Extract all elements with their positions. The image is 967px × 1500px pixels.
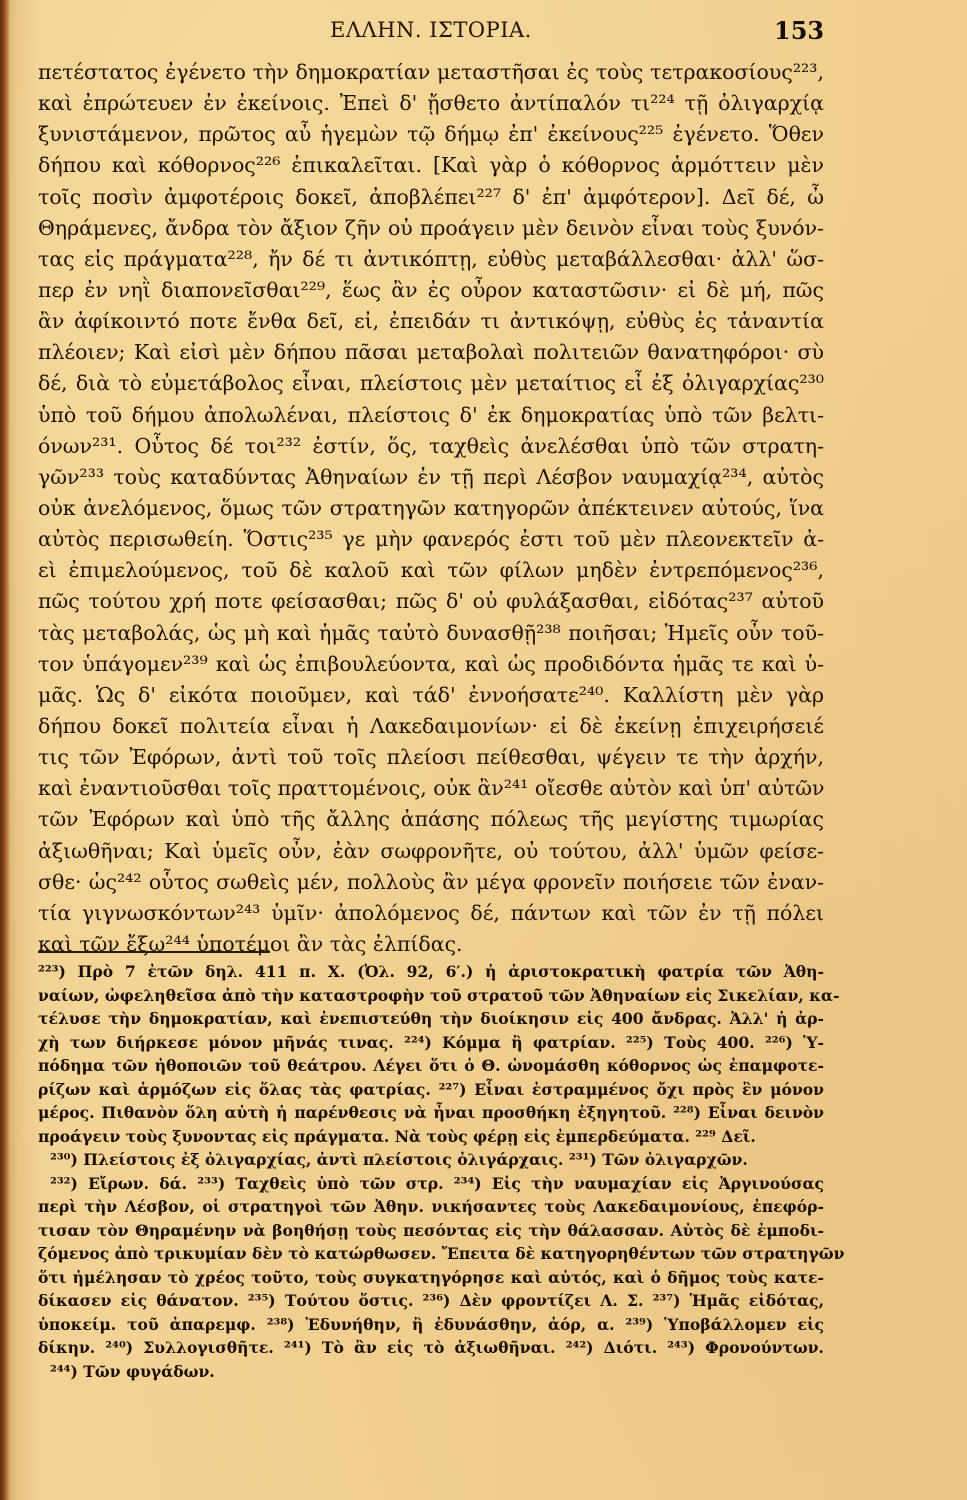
text-line: ξυνιστάμενον, πρῶτος αὖ ἡγεμὼν τῷ δήμῳ ἐ… (38, 119, 824, 150)
footnote-line: περὶ τὴν Λέσβον, οἱ στρατηγοὶ τῶν Ἀθην. … (38, 1195, 824, 1219)
footnote-line: πόδημα τῶν ἠθοποιῶν τοῦ θεάτρου. Λέγει ὅ… (38, 1054, 824, 1078)
text-line: αὐτὸς περισωθείη. Ὅστις²³⁵ γε μὴν φανερό… (38, 524, 824, 555)
text-line: εὶ ἐπιμελούμενος, τοῦ δὲ καλοῦ καὶ τῶν φ… (38, 555, 824, 586)
text-line: δήπου καὶ κόθορνος²²⁶ ἐπικαλεῖται. [Καὶ … (38, 150, 824, 181)
footnote-line: ὑποκείμ. τοῦ ἀπαρεμφ. ²³⁸) Ἐδυνήθην, ἢ ἐ… (38, 1313, 824, 1337)
main-text: πετέστατος ἐγένετο τὴν δημοκρατίαν μετασ… (38, 57, 824, 960)
footnote-separator (38, 951, 270, 953)
footnote-line: ζόμενος ἀπὸ τρικυμίαν δὲν τὸ κατώρθωσεν.… (38, 1242, 824, 1266)
text-line: οὐκ ἀνελόμενος, ὅμως τῶν στρατηγῶν κατηγ… (38, 493, 824, 524)
text-line: ἂν ἀφίκοιντό ποτε ἔνθα δεῖ, εἰ, ἐπειδάν … (38, 306, 824, 337)
text-line: ὑπὸ τοῦ δήμου ἀπολωλέναι, πλείστοις δ' ἐ… (38, 400, 824, 431)
running-head: ΕΛΛΗΝ. ΙΣΤΟΡΙΑ. (330, 18, 532, 42)
footnote-line: ναίων, ὠφεληθεῖσα ἀπὸ τὴν καταστροφὴν το… (38, 984, 824, 1008)
text-line: όνων²³¹. Οὗτος δέ τοι²³² ἐστίν, ὅς, ταχθ… (38, 431, 824, 462)
footnote-line: τέλυσε τὴν δημοκρατίαν, καὶ ἐνεπιστεύθη … (38, 1007, 824, 1031)
footnote-line: ρίζων καὶ ἁρμόζων εἰς ὅλας τὰς φατρίας. … (38, 1078, 824, 1102)
text-line: τὰς μεταβολάς, ὡς μὴ καὶ ἡμᾶς ταὐτὸ δυνα… (38, 618, 824, 649)
text-line: τία γιγνωσκόντων²⁴³ ὑμῖν· ἀπολόμενος δέ,… (38, 898, 824, 929)
text-line: γῶν²³³ τοὺς καταδύντας Ἀθηναίων ἐν τῇ πε… (38, 462, 824, 493)
page-number: 153 (774, 16, 824, 45)
text-line: Θηράμενες, ἄνδρα τὸν ἄξιον ζῆν οὐ προάγε… (38, 213, 824, 244)
text-line: τις τῶν Ἐφόρων, ἀντὶ τοῦ τοῖς πλείοσι πε… (38, 742, 824, 773)
footnote-line: ²²³) Πρὸ 7 ἐτῶν δηλ. 411 π. Χ. (Ὀλ. 92, … (38, 960, 824, 984)
footnote-line: δίκην. ²⁴⁰) Συλλογισθῆτε. ²⁴¹) Τὸ ἂν εἰς… (38, 1336, 824, 1360)
footnotes: ²²³) Πρὸ 7 ἐτῶν δηλ. 411 π. Χ. (Ὀλ. 92, … (38, 960, 824, 1383)
text-line: δήπου δοκεῖ πολιτεία εἶναι ἡ Λακεδαιμονί… (38, 711, 824, 742)
book-page: ΕΛΛΗΝ. ΙΣΤΟΡΙΑ. 153 πετέστατος ἐγένετο τ… (0, 0, 967, 1500)
text-line: ἀξιωθῆναι; Καὶ ὑμεῖς οὖν, ἐὰν σωφρονῆτε,… (38, 836, 824, 867)
text-line: πλέοιεν; Καὶ εἰσὶ μὲν δήπου πᾶσαι μεταβο… (38, 337, 824, 368)
footnote-line: δίκασεν εἰς θάνατον. ²³⁵) Τούτου ὅστις. … (38, 1289, 824, 1313)
text-line: καὶ ἐπρώτευεν ἐν ἐκείνοις. Ἐπεὶ δ' ᾔσθετ… (38, 88, 824, 119)
text-line: καὶ τῶν ἔξω²⁴⁴ ὑποτέμοι ἂν τὰς ἐλπίδας. (38, 929, 824, 960)
footnote-line: ²³²) Εἴρων. δά. ²³³) Ταχθεὶς ὑπὸ τῶν στρ… (38, 1172, 824, 1196)
text-line: καὶ ἐναντιοῦσθαι τοῖς πραττομένοις, οὐκ … (38, 773, 824, 804)
page-header: ΕΛΛΗΝ. ΙΣΤΟΡΙΑ. 153 (0, 14, 967, 48)
book-spine-edge (0, 0, 10, 1500)
footnote-line: ²³⁰) Πλείστοις ἐξ ὀλιγαρχίας, ἀντὶ πλείσ… (38, 1148, 824, 1172)
text-line: τοῖς ποσὶν ἀμφοτέροις δοκεῖ, ἀποβλέπει²²… (38, 182, 824, 213)
text-line: μᾶς. Ὡς δ' εἰκότα ποιοῦμεν, καὶ τάδ' ἐνν… (38, 680, 824, 711)
footnote-line: ²⁴⁴) Τῶν φυγάδων. (38, 1360, 824, 1384)
text-line: τον ὑπάγομεν²³⁹ καὶ ὡς ἐπιβουλεύοντα, κα… (38, 649, 824, 680)
footnote-line: προάγειν τοὺς ξυνοντας εἰς πράγματα. Νὰ … (38, 1125, 824, 1149)
text-line: σθε· ὡς²⁴² οὗτος σωθεὶς μέν, πολλοὺς ἂν … (38, 867, 824, 898)
text-line: δέ, διὰ τὸ εὐμετάβολος εἶναι, πλείστοις … (38, 368, 824, 399)
footnote-line: χὴ των διήρκεσε μόνον μῆνάς τινας. ²²⁴) … (38, 1031, 824, 1055)
text-line: πετέστατος ἐγένετο τὴν δημοκρατίαν μετασ… (38, 57, 824, 88)
footnote-line: μέρος. Πιθανὸν ὅλη αὐτὴ ἡ παρένθεσις νὰ … (38, 1101, 824, 1125)
footnote-line: τισαν τὸν Θηραμένην νὰ βοηθήσῃ τοὺς πεσό… (38, 1219, 824, 1243)
text-line: πῶς τούτου χρή ποτε φείσασθαι; πῶς δ' οὐ… (38, 586, 824, 617)
text-line: περ ἐν νηῒ διαπονεῖσθαι²²⁹, ἕως ἂν ἐς οὖ… (38, 275, 824, 306)
text-line: τῶν Ἐφόρων καὶ ὑπὸ τῆς ἄλλης ἁπάσης πόλε… (38, 804, 824, 835)
footnote-line: ὅτι ἠμέλησαν τὸ χρέος τοῦτο, τοὺς συγκατ… (38, 1266, 824, 1290)
text-line: τας εἰς πράγματα²²⁸, ἤν δέ τι ἀντικόπτῃ,… (38, 244, 824, 275)
